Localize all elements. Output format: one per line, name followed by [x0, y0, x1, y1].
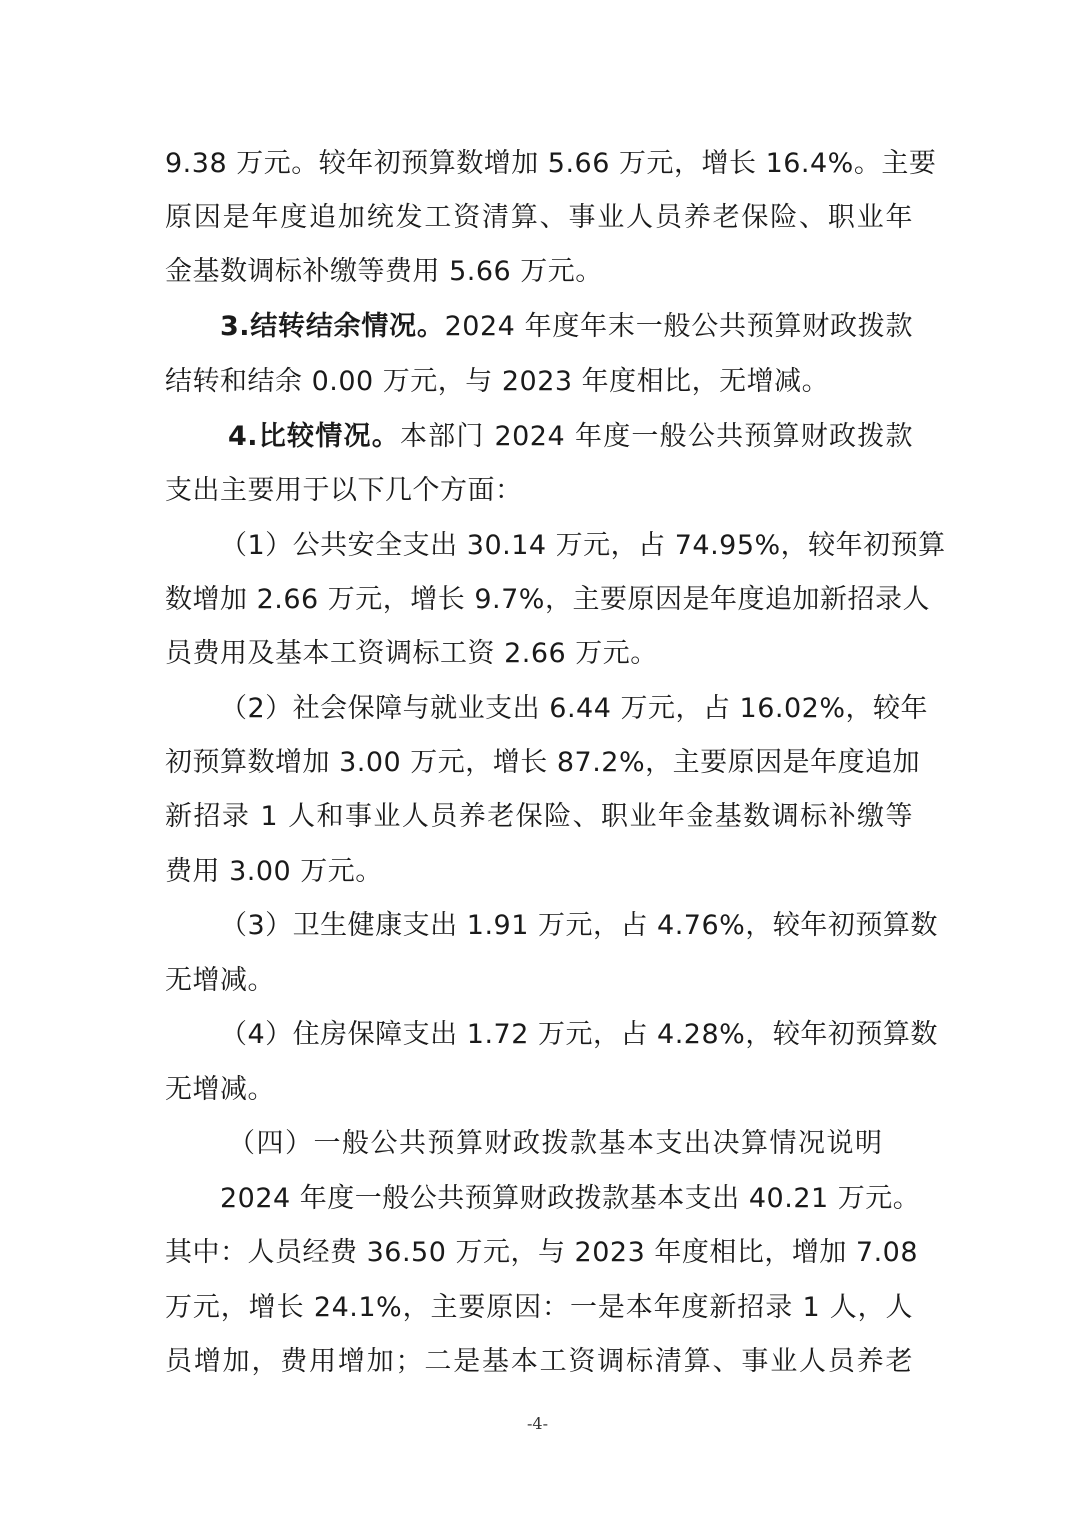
- paragraph-line: 费用 3.00 万元。: [165, 852, 913, 892]
- paragraph-line: 无增减。: [165, 961, 913, 1001]
- paragraph-line: 初预算数增加 3.00 万元，增长 87.2%，主要原因是年度追加: [165, 743, 913, 783]
- section-comparison-line: 4.比较情况。本部门 2024 年度一般公共预算财政拨款: [228, 417, 913, 457]
- paragraph-line: 员费用及基本工资调标工资 2.66 万元。: [165, 634, 913, 674]
- paragraph-line: 2024 年度一般公共预算财政拨款基本支出 40.21 万元。: [220, 1179, 913, 1219]
- section-carryover-line: 3.结转结余情况。2024 年度年末一般公共预算财政拨款: [220, 307, 913, 347]
- item-public-safety: （1）公共安全支出 30.14 万元，占 74.95%，较年初预算: [220, 526, 913, 566]
- section-heading-basic-expenditure: （四）一般公共预算财政拨款基本支出决算情况说明: [228, 1124, 913, 1164]
- paragraph-line: 无增减。: [165, 1070, 913, 1110]
- paragraph-line: 新招录 1 人和事业人员养老保险、职业年金基数调标补缴等: [165, 797, 913, 837]
- item-housing: （4）住房保障支出 1.72 万元，占 4.28%，较年初预算数: [220, 1015, 913, 1055]
- paragraph-line: 支出主要用于以下几个方面：: [165, 471, 913, 511]
- paragraph-text: 2024 年度年末一般公共预算财政拨款: [445, 311, 913, 342]
- item-health: （3）卫生健康支出 1.91 万元，占 4.76%，较年初预算数: [220, 906, 913, 946]
- item-social-security: （2）社会保障与就业支出 6.44 万元，占 16.02%，较年: [220, 689, 913, 729]
- paragraph-line: 原因是年度追加统发工资清算、事业人员养老保险、职业年: [165, 198, 913, 238]
- page-number: -4-: [0, 1414, 1075, 1433]
- paragraph-line: 9.38 万元。较年初预算数增加 5.66 万元，增长 16.4%。主要: [165, 144, 913, 184]
- section-heading-carryover: 3.结转结余情况。: [220, 311, 445, 342]
- paragraph-line: 其中：人员经费 36.50 万元，与 2023 年度相比，增加 7.08: [165, 1233, 913, 1273]
- document-page: 9.38 万元。较年初预算数增加 5.66 万元，增长 16.4%。主要 原因是…: [0, 0, 1075, 1520]
- paragraph-text: 本部门 2024 年度一般公共预算财政拨款: [400, 421, 913, 452]
- paragraph-line: 万元，增长 24.1%，主要原因：一是本年度新招录 1 人，人: [165, 1288, 913, 1328]
- paragraph-line: 金基数调标补缴等费用 5.66 万元。: [165, 252, 913, 292]
- paragraph-line: 数增加 2.66 万元，增长 9.7%，主要原因是年度追加新招录人: [165, 580, 913, 620]
- paragraph-line: 结转和结余 0.00 万元，与 2023 年度相比，无增减。: [165, 362, 913, 402]
- section-heading-comparison: 4.比较情况。: [228, 421, 400, 452]
- paragraph-line: 员增加，费用增加；二是基本工资调标清算、事业人员养老: [165, 1342, 913, 1382]
